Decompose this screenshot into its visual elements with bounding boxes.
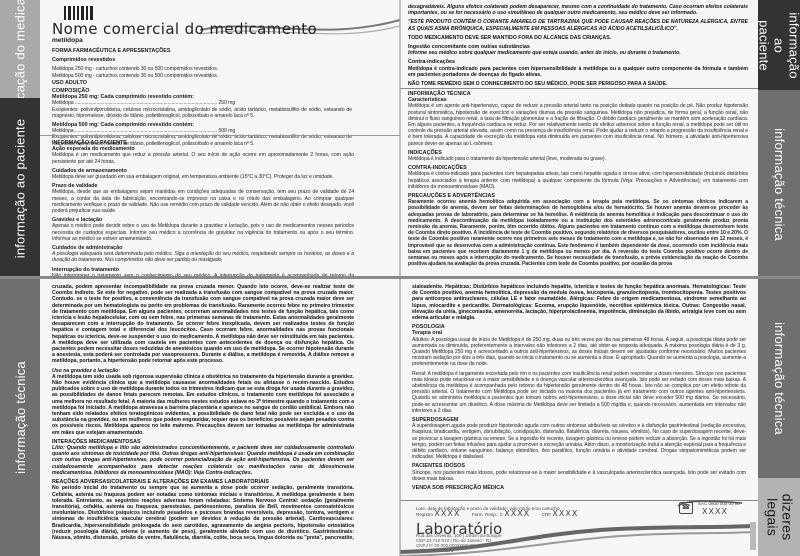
prescription-notice: VENDA SOB PRESCRIÇÃO MÉDICA: [412, 485, 746, 491]
tab-tecnica-right-2: informação técnica: [758, 278, 800, 478]
paragraph: Metildopa, desde que as embalagens sejam…: [52, 189, 354, 214]
tab-dizeres-legais: dizeres legais: [758, 478, 800, 556]
paragraph: Síncope, nos pacientes mais idosos, pode…: [412, 470, 746, 482]
tab-paciente-right: informação ao paciente: [758, 0, 800, 90]
paragraph: Metildopa deve ser guardado em sua embal…: [52, 174, 354, 180]
tab-paciente-left: informação ao paciente: [0, 98, 40, 278]
batch-code-mark: [750, 522, 756, 550]
tab-label: informação técnica: [772, 322, 787, 435]
tartrazina-warning: "ESTE PRODUTO CONTÉM O CORANTE AMARELO D…: [408, 19, 748, 31]
section-divider: [40, 135, 400, 136]
paragraph: Metildopa é um agente anti-hipertensivo,…: [408, 103, 748, 146]
paragraph: Informe seu médico sobre qualquer medica…: [408, 50, 748, 56]
paragraph: Metildopa é indicado para o tratamento d…: [408, 156, 748, 162]
paragraph: Adultos: A posologia usual de início de …: [412, 337, 746, 368]
paragraph: A metildopa tem sido usada sob rigorosa …: [52, 374, 354, 436]
paragraph: Metildopa é contra-indicado para pacient…: [408, 171, 748, 190]
tab-label: dizeres legais: [764, 494, 794, 541]
tab-identificacao: identificação do medicamento: [0, 0, 40, 98]
medical-warning: NÃO TOME REMÉDIO SEM O CONHECIMENTO DO S…: [408, 81, 748, 87]
paragraph: desagradáveis. Alguns efeitos colaterais…: [408, 4, 748, 16]
subheading: Comprimidos revestidos: [52, 57, 352, 63]
paciente-continued: desagradáveis. Alguns efeitos colaterais…: [408, 4, 748, 90]
uso-adulto: USO ADULTO: [52, 80, 352, 86]
apresentacao-500: Metildopa 500 mg - cartuchos contendo 30…: [52, 73, 352, 79]
product-title: Nome comercial do medicamento: [52, 20, 317, 38]
tab-label: informação ao paciente: [13, 118, 28, 258]
paragraph: sialoadenite. Hepáticas: Distúrbios hepá…: [412, 284, 746, 321]
tab-tecnica-right-1: informação técnica: [758, 90, 800, 278]
tab-label: informação técnica: [772, 128, 787, 241]
panel-tecnica-left: informação técnica cruzada, podem aprese…: [0, 278, 400, 556]
fold-line-horizontal: [0, 276, 800, 279]
paragraph: Renal: A metildopa é largamente excretad…: [412, 371, 746, 414]
paciente-content: INFORMAÇÃO AO PACIENTE Ação esperada do …: [52, 138, 354, 278]
generic-name: metildopa: [52, 37, 83, 44]
paragraph: Lítio: Quando metildopa e lítio são admi…: [52, 445, 354, 476]
paragraph: Apenas o médico pode decidir sobre o uso…: [52, 223, 354, 242]
paragraph: Metildopa é um medicamento que reduz a p…: [52, 152, 354, 164]
tab-label: informação ao paciente: [758, 12, 800, 78]
tecnica-continued-right: sialoadenite. Hepáticas: Distúrbios hepá…: [412, 284, 746, 494]
tecnica-continued-left: cruzada, podem apresentar incompatibilid…: [52, 284, 354, 544]
tab-label: identificação do medicamento: [13, 0, 28, 98]
paragraph: Metildopa é contra-indicado para pacient…: [408, 66, 748, 78]
children-warning: TODO MEDICAMENTO DEVE SER MANTIDO FORA D…: [408, 35, 748, 41]
panel-identificacao: identificação do medicamento informação …: [0, 0, 400, 278]
tab-tecnica-left: informação técnica: [0, 278, 40, 556]
panel-paciente-tecnica: informação ao paciente informação técnic…: [400, 0, 800, 278]
wave-decoration-footer: [400, 512, 752, 556]
paragraph: Raramente ocorreu anemia hemolítica adqu…: [408, 199, 748, 267]
paragraph: cruzada, podem apresentar incompatibilid…: [52, 284, 354, 365]
tab-label: informação técnica: [13, 361, 28, 474]
paragraph: A posologia adequada será determinada pe…: [52, 251, 354, 263]
section-divider: [400, 88, 758, 89]
barcode-icon: [64, 6, 93, 20]
sac-label: SAC 0800 000 00 00: [698, 501, 740, 506]
excipientes-250: Excipientes: polivinilpirrolidona, celul…: [52, 107, 352, 119]
paragraph: A superdosagem aguda pode produzir hipot…: [412, 423, 746, 460]
paragraph: No período inicial do tratamento ou semp…: [52, 485, 354, 541]
section-heading: FORMA FARMACÊUTICA E APRESENTAÇÕES: [52, 48, 352, 54]
tecnica-content: INFORMAÇÃO TÉCNICA Características Metil…: [408, 91, 748, 270]
